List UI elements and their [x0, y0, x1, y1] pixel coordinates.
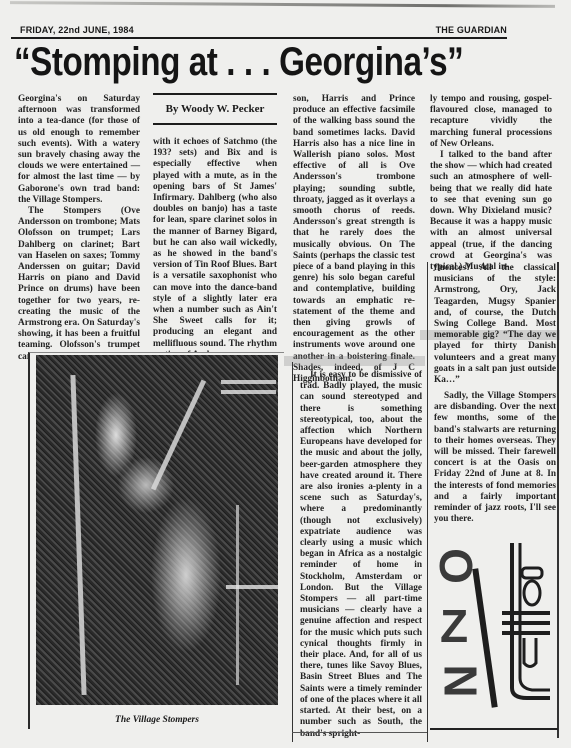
column-rule-bottom — [430, 728, 558, 730]
paragraph: fluences? All the classical musicians of… — [434, 263, 556, 386]
article-column-4-closing: Sadly, the Village Stompers are disbandi… — [434, 391, 556, 525]
paragraph: It is easy to be dismissive of trad. Bad… — [300, 370, 422, 740]
byline-box: By Woody W. Pecker — [153, 90, 277, 130]
column-rule-bottom — [292, 732, 427, 733]
byline-rule-bottom — [153, 123, 277, 125]
article-column-2: with it echoes of Satchmo (the 193? sets… — [153, 137, 277, 361]
article-column-3-continued: It is easy to be dismissive of trad. Bad… — [300, 370, 422, 740]
article-column-4: ly tempo and rousing, gospel-flavoured c… — [430, 94, 552, 273]
article-column-4-continued: fluences? All the classical musicians of… — [434, 263, 556, 386]
byline: By Woody W. Pecker — [153, 98, 277, 120]
byline-rule-top — [153, 93, 277, 95]
column-rule — [427, 262, 428, 742]
paragraph: I talked to the band after the show — wh… — [430, 150, 552, 273]
publication-name: THE GUARDIAN — [436, 25, 507, 35]
column-rule — [557, 262, 559, 738]
paragraph: with it echoes of Satchmo (the 193? sets… — [153, 137, 277, 361]
band-photo-frame: The Village Stompers — [28, 352, 284, 729]
art-letter: O — [433, 548, 479, 584]
paragraph: Sadly, the Village Stompers are disbandi… — [434, 391, 556, 525]
photocopy-shade — [280, 356, 425, 366]
paragraph: ly tempo and rousing, gospel-flavoured c… — [430, 94, 552, 150]
top-rule — [10, 1, 555, 8]
art-letter: Z — [440, 603, 468, 649]
band-photo — [36, 355, 278, 705]
art-letter: N — [438, 664, 484, 697]
trumpet-icon — [492, 538, 550, 703]
paragraph: Georgina's on Saturday afternoon was tra… — [18, 94, 140, 206]
photo-caption: The Village Stompers — [30, 715, 284, 725]
article-headline: “Stomping at . . . Georgina’s” — [14, 38, 463, 90]
article-column-1: Georgina's on Saturday afternoon was tra… — [18, 94, 140, 363]
masthead: FRIDAY, 22nd JUNE, 1984 THE GUARDIAN — [20, 23, 507, 35]
paragraph: son, Harris and Prince produce an effect… — [293, 94, 415, 385]
paragraph: The Stompers (Ove Andersson on trombone;… — [18, 206, 140, 363]
issue-date: FRIDAY, 22nd JUNE, 1984 — [20, 25, 134, 35]
jazz-illustration: O Z N — [430, 523, 556, 728]
article-column-3: son, Harris and Prince produce an effect… — [293, 94, 415, 385]
column-rule — [292, 362, 293, 742]
